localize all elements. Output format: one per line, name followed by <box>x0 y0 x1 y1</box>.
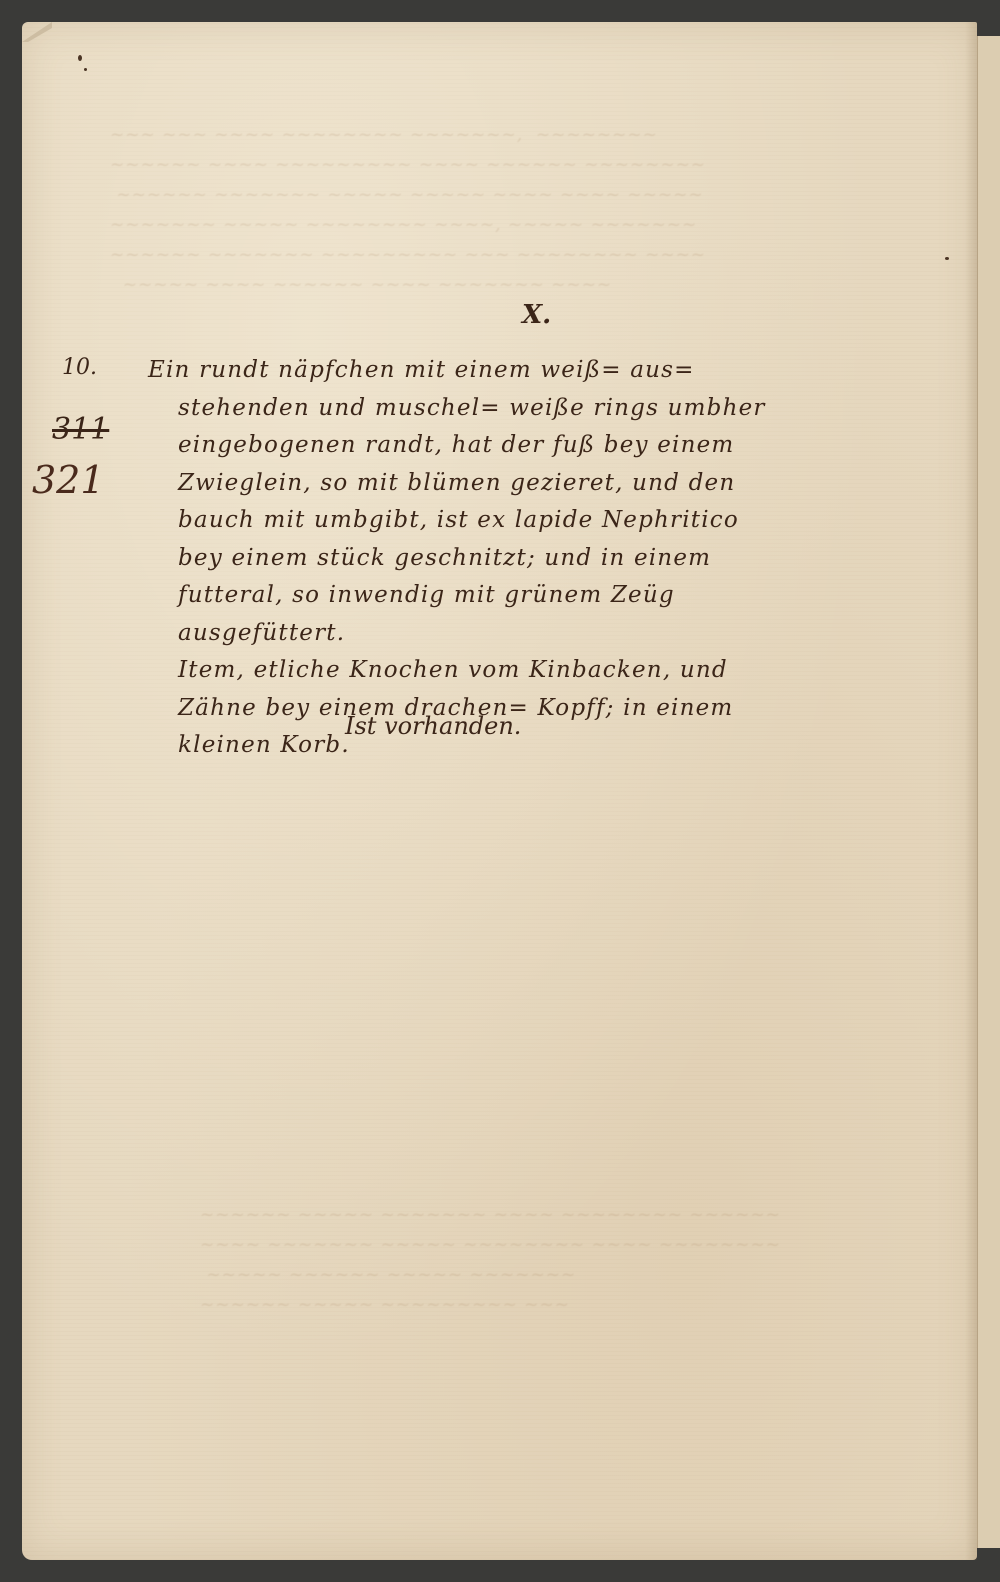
entry-line: bey einem stück geschnitzt; und in einem <box>148 540 963 578</box>
entry-line: bauch mit umbgibt, ist ex lapide Nephrit… <box>148 502 963 540</box>
inventory-number: 321 <box>32 458 105 502</box>
signoff-note: Ist vorhanden. <box>345 712 521 740</box>
entry-line: ausgefüttert. <box>148 615 963 653</box>
entry-line: Zähne bey einem drachen= Kopff; in einem <box>148 690 963 728</box>
entry-line: kleinen Korb. <box>148 727 963 765</box>
entry-line: Zwieglein, so mit blümen gezieret, und d… <box>148 465 963 503</box>
ink-speck <box>78 55 82 61</box>
entry-line: eingebogenen randt, hat der fuß bey eine… <box>148 427 963 465</box>
spine-shadow <box>965 22 977 1560</box>
bleed-through-text-bottom: ~~~~~~ ~~~~~ ~~~~~~~ ~~~~ ~~~~~~~~ ~~~~~… <box>200 1200 781 1320</box>
ink-speck <box>945 257 949 260</box>
bleed-through-text-top: ~~~ ~~~ ~~~~ ~~~~~~~~ ~~~~~~~, ~~~~~~~~ … <box>110 120 706 300</box>
entry-text: Ein rundt näpfchen mit einem weiß= aus= … <box>148 352 963 765</box>
item-number: 10. <box>62 355 97 380</box>
struck-inventory-number: 311 <box>52 412 109 447</box>
entry-line: Ein rundt näpfchen mit einem weiß= aus= <box>148 352 963 390</box>
ink-speck <box>84 68 87 71</box>
entry-line: Item, etliche Knochen vom Kinbacken, und <box>148 652 963 690</box>
entry-line: stehenden und muschel= weiße rings umbhe… <box>148 390 963 428</box>
next-page-edge <box>977 36 1000 1548</box>
section-mark: X. <box>522 300 551 330</box>
entry-line: futteral, so inwendig mit grünem Zeüg <box>148 577 963 615</box>
